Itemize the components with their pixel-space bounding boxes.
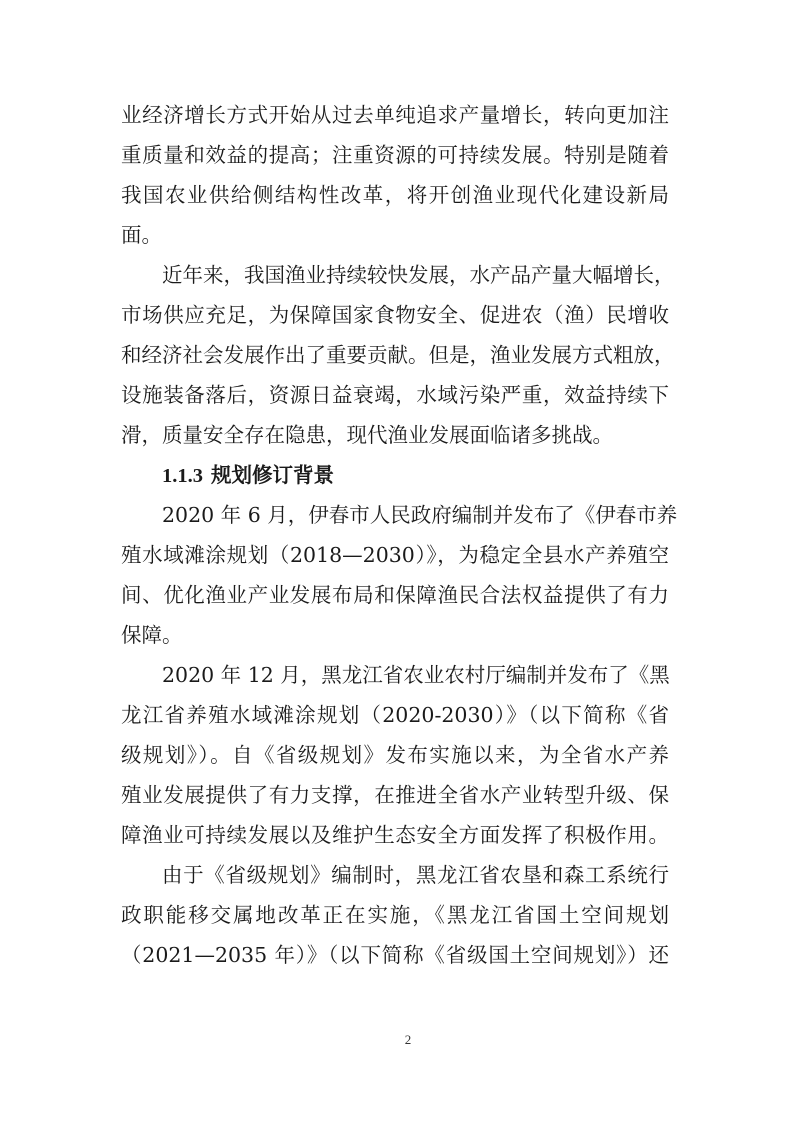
paragraph-recent-development: 近年来，我国渔业持续较快发展，水产品产量大幅增长， 市场供应充足，为保障国家食物…: [121, 255, 669, 455]
paragraph-industry-growth: 业经济增长方式开始从过去单纯追求产量增长，转向更加注 重质量和效益的提高；注重资…: [121, 95, 669, 255]
text-line: 殖水域滩涂规划（2018—2030）》，为稳定全县水产养殖空: [121, 535, 669, 575]
text-line: 近年来，我国渔业持续较快发展，水产品产量大幅增长，: [121, 255, 669, 295]
text-line: 2020 年 6 月，伊春市人民政府编制并发布了《伊春市养: [121, 495, 669, 535]
section-number: 1.1.3: [162, 465, 203, 487]
paragraph-provincial-plan: 2020 年 12 月，黑龙江省农业农村厅编制并发布了《黑 龙江省养殖水域滩涂规…: [121, 655, 669, 855]
document-page: 业经济增长方式开始从过去单纯追求产量增长，转向更加注 重质量和效益的提高；注重资…: [121, 95, 669, 975]
text-line: 和经济社会发展作出了重要贡献。但是，渔业发展方式粗放，: [121, 335, 669, 375]
paragraph-reform-background: 由于《省级规划》编制时，黑龙江省农垦和森工系统行 政职能移交属地改革正在实施，《…: [121, 855, 669, 975]
text-line: 级规划》）。自《省级规划》发布实施以来，为全省水产养: [121, 735, 669, 775]
text-line: 设施装备落后，资源日益衰竭，水域污染严重，效益持续下: [121, 375, 669, 415]
page-number: 2: [400, 1032, 416, 1048]
paragraph-yichun-plan: 2020 年 6 月，伊春市人民政府编制并发布了《伊春市养 殖水域滩涂规划（20…: [121, 495, 669, 655]
text-line: 殖业发展提供了有力支撑，在推进全省水产业转型升级、保: [121, 775, 669, 815]
section-heading: 1.1.3规划修订背景: [121, 455, 669, 495]
text-line: 政职能移交属地改革正在实施，《黑龙江省国土空间规划: [121, 895, 669, 935]
text-line: 面。: [121, 215, 669, 255]
text-line: （2021—2035 年）》（以下简称《省级国土空间规划》）还: [121, 935, 669, 975]
text-line: 滑，质量安全存在隐患，现代渔业发展面临诸多挑战。: [121, 415, 669, 455]
text-line: 我国农业供给侧结构性改革，将开创渔业现代化建设新局: [121, 175, 669, 215]
text-line: 重质量和效益的提高；注重资源的可持续发展。特别是随着: [121, 135, 669, 175]
text-line: 龙江省养殖水域滩涂规划（2020-2030）》（以下简称《省: [121, 695, 669, 735]
text-line: 2020 年 12 月，黑龙江省农业农村厅编制并发布了《黑: [121, 655, 669, 695]
section-title: 规划修订背景: [211, 463, 334, 487]
text-line: 市场供应充足，为保障国家食物安全、促进农（渔）民增收: [121, 295, 669, 335]
text-line: 由于《省级规划》编制时，黑龙江省农垦和森工系统行: [121, 855, 669, 895]
text-line: 间、优化渔业产业发展布局和保障渔民合法权益提供了有力: [121, 575, 669, 615]
text-line: 业经济增长方式开始从过去单纯追求产量增长，转向更加注: [121, 95, 669, 135]
text-line: 保障。: [121, 615, 669, 655]
text-line: 障渔业可持续发展以及维护生态安全方面发挥了积极作用。: [121, 815, 669, 855]
